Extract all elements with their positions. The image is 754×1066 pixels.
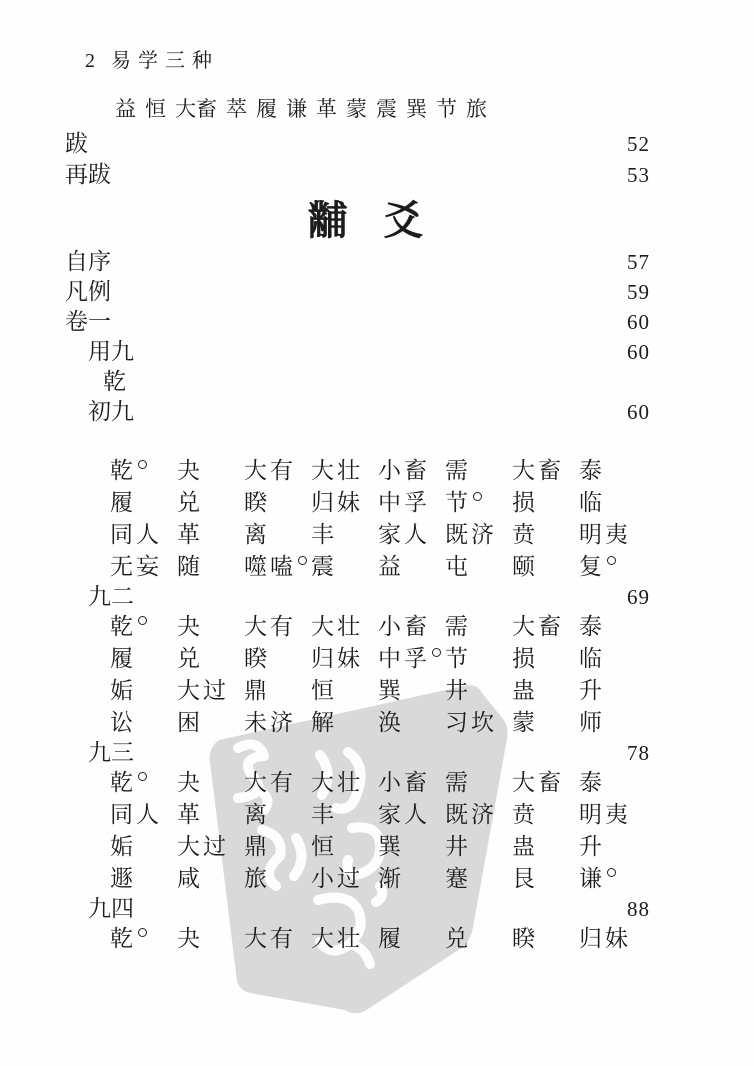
hexagram-cell: 既济 bbox=[445, 799, 512, 831]
hexagram-row: 讼困未济解涣习坎蒙师 bbox=[110, 707, 650, 739]
toc-entry-row: 自序57 bbox=[65, 247, 650, 277]
hexagram-cell: 讼 bbox=[110, 707, 177, 739]
hexagram-cell: 恒 bbox=[311, 675, 378, 707]
hexagram-name: 大畜 bbox=[512, 614, 564, 639]
hexagram-name: 泰 bbox=[579, 458, 605, 483]
toc-content: 2 易学三种 益恒大畜萃履谦革蒙震巽节旅 跋52再跋53 黼 爻 自序57凡例5… bbox=[65, 44, 650, 955]
page-number: 78 bbox=[627, 739, 650, 767]
toc-entries: 自序57凡例59卷一60用九60乾初九60 bbox=[65, 247, 650, 427]
scanned-book-page: 2 易学三种 益恒大畜萃履谦革蒙震巽节旅 跋52再跋53 黼 爻 自序57凡例5… bbox=[0, 0, 754, 1066]
hexagram-name: 丰 bbox=[311, 522, 337, 547]
hexagram-name: 夬 bbox=[177, 926, 203, 951]
circle-marker bbox=[607, 556, 616, 565]
hexagram-cell: 临 bbox=[579, 487, 646, 519]
hexagram-cell: 节 bbox=[445, 487, 512, 519]
hexagram-name: 夬 bbox=[177, 614, 203, 639]
hexagram-name: 泰 bbox=[579, 614, 605, 639]
hexagram-name: 大畜 bbox=[512, 770, 564, 795]
hexagram-name: 小畜 bbox=[378, 614, 430, 639]
toc-entry-label: 自序 bbox=[65, 247, 111, 277]
hexagram-name: 兑 bbox=[177, 646, 203, 671]
hexagram-row: 遯咸旅小过渐蹇艮谦 bbox=[110, 863, 650, 895]
hexagram-cell: 大有 bbox=[244, 923, 311, 955]
toc-entry-label: 初九 bbox=[65, 397, 134, 427]
hexagram-cell: 泰 bbox=[579, 767, 646, 799]
hexagram-cell: 升 bbox=[579, 675, 646, 707]
hexagram-cell: 需 bbox=[445, 767, 512, 799]
circle-marker bbox=[138, 616, 147, 625]
hexagram-name: 临 bbox=[579, 490, 605, 515]
line-position-entry-row: 九四88 bbox=[65, 895, 650, 923]
hexagram-name: 大有 bbox=[244, 458, 296, 483]
hexagram-cell: 丰 bbox=[311, 519, 378, 551]
hexagram-cell: 同人 bbox=[110, 799, 177, 831]
hexagram-name: 鼎 bbox=[244, 834, 270, 859]
hexagram-cell: 复 bbox=[579, 551, 646, 583]
hexagram-cell: 蛊 bbox=[512, 831, 579, 863]
hexagram-cell: 小畜 bbox=[378, 455, 445, 487]
hexagram-cell: 明夷 bbox=[579, 519, 646, 551]
hexagram-cell: 兑 bbox=[177, 487, 244, 519]
hexagram-cell: 履 bbox=[378, 923, 445, 955]
hexagram-cell: 乾 bbox=[110, 611, 177, 643]
hexagram-cell: 履 bbox=[110, 643, 177, 675]
hexagram-cell: 蛊 bbox=[512, 675, 579, 707]
hexagram-cell: 困 bbox=[177, 707, 244, 739]
hexagram-name: 贲 bbox=[512, 522, 538, 547]
page-number: 59 bbox=[627, 277, 650, 307]
hexagram-name: 大过 bbox=[177, 834, 229, 859]
hexagram-name: 明夷 bbox=[579, 522, 631, 547]
hexagram-name: 兑 bbox=[177, 490, 203, 515]
hexagram-name: 乾 bbox=[110, 770, 136, 795]
hexagram-name: 大过 bbox=[177, 678, 229, 703]
hexagram-cell: 无妄 bbox=[110, 551, 177, 583]
hexagram-cell: 鼎 bbox=[244, 831, 311, 863]
hexagram-name: 归妹 bbox=[311, 490, 363, 515]
hexagram-cell: 兑 bbox=[445, 923, 512, 955]
front-matter-entry-row: 跋52 bbox=[65, 128, 650, 159]
hexagram-name: 升 bbox=[579, 834, 605, 859]
hexagram-cell: 离 bbox=[244, 519, 311, 551]
hexagram-cell: 大有 bbox=[244, 767, 311, 799]
section-title-char-2: 爻 bbox=[384, 195, 424, 247]
toc-entry-label: 用九 bbox=[65, 337, 134, 367]
hexagram-cell: 旅 bbox=[244, 863, 311, 895]
hexagram-name: 需 bbox=[445, 770, 471, 795]
hexagram-name: 既济 bbox=[445, 522, 497, 547]
hexagram-cell: 咸 bbox=[177, 863, 244, 895]
hexagram-name: 井 bbox=[445, 678, 471, 703]
hexagram-cell: 井 bbox=[445, 675, 512, 707]
hexagram-cell: 大过 bbox=[177, 831, 244, 863]
front-matter-entry-label: 再跋 bbox=[65, 159, 111, 190]
hexagram-name: 蛊 bbox=[512, 834, 538, 859]
hexagram-cell: 大壮 bbox=[311, 611, 378, 643]
hexagram-row: 乾夬大有大壮小畜需大畜泰 bbox=[110, 611, 650, 643]
hexagram-cell: 夬 bbox=[177, 611, 244, 643]
hexagram-name: 家人 bbox=[378, 802, 430, 827]
hexagram-cell: 渐 bbox=[378, 863, 445, 895]
page-number: 60 bbox=[627, 397, 650, 427]
hexagram-cell: 蹇 bbox=[445, 863, 512, 895]
hexagram-name: 颐 bbox=[512, 554, 538, 579]
hexagram-cell: 同人 bbox=[110, 519, 177, 551]
hexagram-name: 中孚 bbox=[378, 646, 430, 671]
hexagram-name: 丰 bbox=[311, 802, 337, 827]
hexagram-cell: 损 bbox=[512, 487, 579, 519]
page-number: 88 bbox=[627, 895, 650, 923]
hexagram-name: 大壮 bbox=[311, 926, 363, 951]
hexagram-name: 睽 bbox=[244, 646, 270, 671]
hexagram-cell: 震 bbox=[311, 551, 378, 583]
hexagram-cell: 颐 bbox=[512, 551, 579, 583]
hexagram-name: 革 bbox=[177, 802, 203, 827]
hexagram-cell: 谦 bbox=[579, 863, 646, 895]
hexagram-name: 乾 bbox=[110, 614, 136, 639]
hexagram-cell: 睽 bbox=[512, 923, 579, 955]
hexagram-name: 大壮 bbox=[311, 614, 363, 639]
hexagram-row: 履兑睽归妹中孚节损临 bbox=[110, 487, 650, 519]
line-position-entry-row: 九二69 bbox=[65, 583, 650, 611]
hexagram-name: 需 bbox=[445, 458, 471, 483]
hexagram-cell: 夬 bbox=[177, 767, 244, 799]
hexagram-cell: 睽 bbox=[244, 487, 311, 519]
hexagram-cell: 夬 bbox=[177, 923, 244, 955]
hexagram-cell: 遯 bbox=[110, 863, 177, 895]
hexagram-name: 损 bbox=[512, 490, 538, 515]
hexagram-cell: 损 bbox=[512, 643, 579, 675]
front-matter-entry-label: 跋 bbox=[65, 128, 88, 159]
circle-marker bbox=[298, 556, 307, 565]
hexagram-row: 乾夬大有大壮小畜需大畜泰 bbox=[110, 767, 650, 799]
hexagram-cell: 中孚 bbox=[378, 643, 445, 675]
page-number: 60 bbox=[627, 307, 650, 337]
hexagram-name: 大有 bbox=[244, 770, 296, 795]
hexagram-name: 离 bbox=[244, 802, 270, 827]
hexagram-name: 中孚 bbox=[378, 490, 430, 515]
hexagram-cell: 贲 bbox=[512, 519, 579, 551]
page-number: 53 bbox=[627, 160, 650, 191]
hexagram-name: 小畜 bbox=[378, 458, 430, 483]
hexagram-name: 归妹 bbox=[579, 926, 631, 951]
hexagram-name: 恒 bbox=[311, 678, 337, 703]
hexagram-name: 夬 bbox=[177, 458, 203, 483]
toc-block-spacer bbox=[65, 427, 650, 455]
toc-entry-label: 乾 bbox=[65, 367, 126, 397]
section-title: 黼 爻 bbox=[73, 195, 658, 247]
hexagram-cell: 屯 bbox=[445, 551, 512, 583]
hexagram-name: 小过 bbox=[311, 866, 363, 891]
hexagram-name: 大有 bbox=[244, 614, 296, 639]
toc-entry-row: 用九60 bbox=[65, 337, 650, 367]
hexagram-name: 师 bbox=[579, 710, 605, 735]
circle-marker bbox=[138, 928, 147, 937]
circle-marker bbox=[432, 648, 441, 657]
hexagram-cell: 噬嗑 bbox=[244, 551, 311, 583]
hexagram-cell: 解 bbox=[311, 707, 378, 739]
hexagram-name: 乾 bbox=[110, 458, 136, 483]
hexagram-name: 履 bbox=[378, 926, 404, 951]
hexagram-name: 涣 bbox=[378, 710, 404, 735]
hexagram-row: 乾夬大有大壮小畜需大畜泰 bbox=[110, 455, 650, 487]
hexagram-name: 明夷 bbox=[579, 802, 631, 827]
hexagram-cell: 需 bbox=[445, 611, 512, 643]
hexagram-name: 兑 bbox=[445, 926, 471, 951]
hexagram-name: 家人 bbox=[378, 522, 430, 547]
hexagram-name: 解 bbox=[311, 710, 337, 735]
hexagram-name: 萃 bbox=[226, 96, 247, 122]
toc-entry-row: 乾 bbox=[65, 367, 650, 397]
hexagram-name: 夬 bbox=[177, 770, 203, 795]
hexagram-name: 乾 bbox=[110, 926, 136, 951]
hexagram-name: 离 bbox=[244, 522, 270, 547]
hexagram-name: 益 bbox=[115, 96, 136, 122]
hexagram-name: 姤 bbox=[110, 834, 136, 859]
hexagram-name: 履 bbox=[110, 490, 136, 515]
hexagram-cell: 明夷 bbox=[579, 799, 646, 831]
hexagram-name: 节 bbox=[445, 490, 471, 515]
hexagram-name: 艮 bbox=[512, 866, 538, 891]
hexagram-cell: 涣 bbox=[378, 707, 445, 739]
hexagram-cell: 节 bbox=[445, 643, 512, 675]
hexagram-row: 同人革离丰家人既济贲明夷 bbox=[110, 799, 650, 831]
hexagram-name: 恒 bbox=[145, 96, 166, 122]
hexagram-name: 履 bbox=[110, 646, 136, 671]
hexagram-name: 同人 bbox=[110, 802, 162, 827]
line-position-entry-row: 九三78 bbox=[65, 739, 650, 767]
hexagram-cell: 大畜 bbox=[512, 455, 579, 487]
running-head: 2 易学三种 bbox=[65, 44, 650, 74]
hexagram-cell: 大畜 bbox=[512, 611, 579, 643]
page-number: 57 bbox=[627, 247, 650, 277]
hexagram-cell: 中孚 bbox=[378, 487, 445, 519]
hexagram-cell: 习坎 bbox=[445, 707, 512, 739]
hexagram-row: 无妄随噬嗑震益屯颐复 bbox=[110, 551, 650, 583]
hexagram-name: 巽 bbox=[378, 834, 404, 859]
hexagram-name: 旅 bbox=[244, 866, 270, 891]
hexagram-name: 习坎 bbox=[445, 710, 497, 735]
hexagram-name: 困 bbox=[177, 710, 203, 735]
hexagram-name: 屯 bbox=[445, 554, 471, 579]
hexagram-name: 大壮 bbox=[311, 458, 363, 483]
hexagram-cell: 夬 bbox=[177, 455, 244, 487]
circle-marker bbox=[473, 492, 482, 501]
book-title: 易学三种 bbox=[111, 44, 219, 73]
hexagram-name: 大有 bbox=[244, 926, 296, 951]
hexagram-cell: 小畜 bbox=[378, 611, 445, 643]
front-matter-entries: 跋52再跋53 bbox=[65, 128, 650, 190]
hexagram-cell: 大壮 bbox=[311, 767, 378, 799]
hexagram-name: 蹇 bbox=[445, 866, 471, 891]
hexagram-cell: 家人 bbox=[378, 799, 445, 831]
hexagram-cell: 归妹 bbox=[311, 643, 378, 675]
hexagram-cell: 需 bbox=[445, 455, 512, 487]
hexagram-cell: 井 bbox=[445, 831, 512, 863]
hexagram-cell: 师 bbox=[579, 707, 646, 739]
hexagram-name: 咸 bbox=[177, 866, 203, 891]
hexagram-cell: 艮 bbox=[512, 863, 579, 895]
hexagram-name: 睽 bbox=[512, 926, 538, 951]
hexagram-cell: 蒙 bbox=[512, 707, 579, 739]
hexagram-name: 归妹 bbox=[311, 646, 363, 671]
hexagram-name: 大畜 bbox=[512, 458, 564, 483]
hexagram-cell: 恒 bbox=[311, 831, 378, 863]
hexagram-name: 临 bbox=[579, 646, 605, 671]
hexagram-cell: 睽 bbox=[244, 643, 311, 675]
hexagram-cell: 革 bbox=[177, 519, 244, 551]
hexagram-row: 履兑睽归妹中孚节损临 bbox=[110, 643, 650, 675]
hexagram-cell: 鼎 bbox=[244, 675, 311, 707]
hexagram-cell: 大壮 bbox=[311, 455, 378, 487]
circle-marker bbox=[138, 460, 147, 469]
hexagram-name: 益 bbox=[378, 554, 404, 579]
line-position-entry-label: 九三 bbox=[65, 739, 134, 767]
page-number: 52 bbox=[627, 129, 650, 160]
hexagram-name: 损 bbox=[512, 646, 538, 671]
toc-entry-row: 卷一60 bbox=[65, 307, 650, 337]
page-number: 69 bbox=[627, 583, 650, 611]
hexagram-name: 讼 bbox=[110, 710, 136, 735]
hexagram-cell: 益 bbox=[378, 551, 445, 583]
hexagram-cell: 升 bbox=[579, 831, 646, 863]
page-number: 60 bbox=[627, 337, 650, 367]
circle-marker bbox=[607, 868, 616, 877]
hexagram-cell: 贲 bbox=[512, 799, 579, 831]
hexagram-cell: 未济 bbox=[244, 707, 311, 739]
hexagram-name: 旅 bbox=[466, 96, 487, 122]
toc-entry-row: 凡例59 bbox=[65, 277, 650, 307]
hexagram-name: 蒙 bbox=[512, 710, 538, 735]
hexagram-name: 革 bbox=[316, 96, 337, 122]
hexagram-name: 谦 bbox=[286, 96, 307, 122]
hexagram-name: 鼎 bbox=[244, 678, 270, 703]
hexagram-name: 遯 bbox=[110, 866, 136, 891]
hexagram-name: 革 bbox=[177, 522, 203, 547]
hexagram-name: 大畜 bbox=[175, 96, 217, 122]
line-position-entry-label: 九二 bbox=[65, 583, 134, 611]
folio-number: 2 bbox=[85, 50, 95, 73]
hexagram-name: 同人 bbox=[110, 522, 162, 547]
hexagram-cell: 既济 bbox=[445, 519, 512, 551]
hexagram-name: 节 bbox=[445, 646, 471, 671]
hexagram-cell: 随 bbox=[177, 551, 244, 583]
circle-marker bbox=[138, 772, 147, 781]
hexagram-cell: 姤 bbox=[110, 831, 177, 863]
hexagram-cell: 小过 bbox=[311, 863, 378, 895]
hexagram-cell: 大有 bbox=[244, 611, 311, 643]
hexagram-name: 泰 bbox=[579, 770, 605, 795]
hexagram-row: 同人革离丰家人既济贲明夷 bbox=[110, 519, 650, 551]
hexagram-name: 小畜 bbox=[378, 770, 430, 795]
hexagram-name: 谦 bbox=[579, 866, 605, 891]
hexagram-cell: 大畜 bbox=[512, 767, 579, 799]
hexagram-cell: 丰 bbox=[311, 799, 378, 831]
hexagram-name: 需 bbox=[445, 614, 471, 639]
hexagram-cell: 履 bbox=[110, 487, 177, 519]
hexagram-cell: 革 bbox=[177, 799, 244, 831]
hexagram-name: 复 bbox=[579, 554, 605, 579]
hexagram-cell: 泰 bbox=[579, 455, 646, 487]
hexagram-name: 既济 bbox=[445, 802, 497, 827]
hexagram-name: 随 bbox=[177, 554, 203, 579]
hexagram-name: 巽 bbox=[406, 96, 427, 122]
hexagram-cell: 泰 bbox=[579, 611, 646, 643]
hexagram-name: 渐 bbox=[378, 866, 404, 891]
line-position-blocks: 乾夬大有大壮小畜需大畜泰履兑睽归妹中孚节损临同人革离丰家人既济贲明夷无妄随噬嗑震… bbox=[65, 455, 650, 955]
hexagram-row: 姤大过鼎恒巽井蛊升 bbox=[110, 675, 650, 707]
hexagram-name: 噬嗑 bbox=[244, 554, 296, 579]
hexagram-cell: 巽 bbox=[378, 831, 445, 863]
hexagram-name: 恒 bbox=[311, 834, 337, 859]
hexagram-cell: 乾 bbox=[110, 767, 177, 799]
hexagram-name: 未济 bbox=[244, 710, 296, 735]
toc-entry-label: 卷一 bbox=[65, 307, 111, 337]
hexagram-name: 大壮 bbox=[311, 770, 363, 795]
front-matter-entry-row: 再跋53 bbox=[65, 159, 650, 190]
section-title-char-1: 黼 bbox=[308, 195, 348, 247]
hexagram-cell: 巽 bbox=[378, 675, 445, 707]
hexagram-name: 无妄 bbox=[110, 554, 162, 579]
hexagram-cell: 归妹 bbox=[579, 923, 646, 955]
hexagram-cell: 归妹 bbox=[311, 487, 378, 519]
hexagram-name: 井 bbox=[445, 834, 471, 859]
hexagram-cell: 大过 bbox=[177, 675, 244, 707]
hexagram-continuation-row: 益恒大畜萃履谦革蒙震巽节旅 bbox=[115, 96, 650, 122]
hexagram-cell: 大壮 bbox=[311, 923, 378, 955]
hexagram-name: 震 bbox=[376, 96, 397, 122]
line-position-entry-label: 九四 bbox=[65, 895, 134, 923]
hexagram-cell: 大有 bbox=[244, 455, 311, 487]
hexagram-row: 姤大过鼎恒巽井蛊升 bbox=[110, 831, 650, 863]
hexagram-name: 履 bbox=[256, 96, 277, 122]
hexagram-name: 睽 bbox=[244, 490, 270, 515]
hexagram-cell: 离 bbox=[244, 799, 311, 831]
hexagram-cell: 小畜 bbox=[378, 767, 445, 799]
hexagram-name: 升 bbox=[579, 678, 605, 703]
hexagram-cell: 乾 bbox=[110, 455, 177, 487]
hexagram-name: 巽 bbox=[378, 678, 404, 703]
hexagram-name: 姤 bbox=[110, 678, 136, 703]
hexagram-name: 蒙 bbox=[346, 96, 367, 122]
hexagram-cell: 兑 bbox=[177, 643, 244, 675]
hexagram-name: 贲 bbox=[512, 802, 538, 827]
hexagram-cell: 乾 bbox=[110, 923, 177, 955]
hexagram-cell: 姤 bbox=[110, 675, 177, 707]
hexagram-cell: 临 bbox=[579, 643, 646, 675]
hexagram-name: 蛊 bbox=[512, 678, 538, 703]
hexagram-name: 节 bbox=[436, 96, 457, 122]
hexagram-cell: 家人 bbox=[378, 519, 445, 551]
toc-entry-label: 凡例 bbox=[65, 277, 111, 307]
hexagram-name: 震 bbox=[311, 554, 337, 579]
toc-entry-row: 初九60 bbox=[65, 397, 650, 427]
hexagram-row: 乾夬大有大壮履兑睽归妹 bbox=[110, 923, 650, 955]
